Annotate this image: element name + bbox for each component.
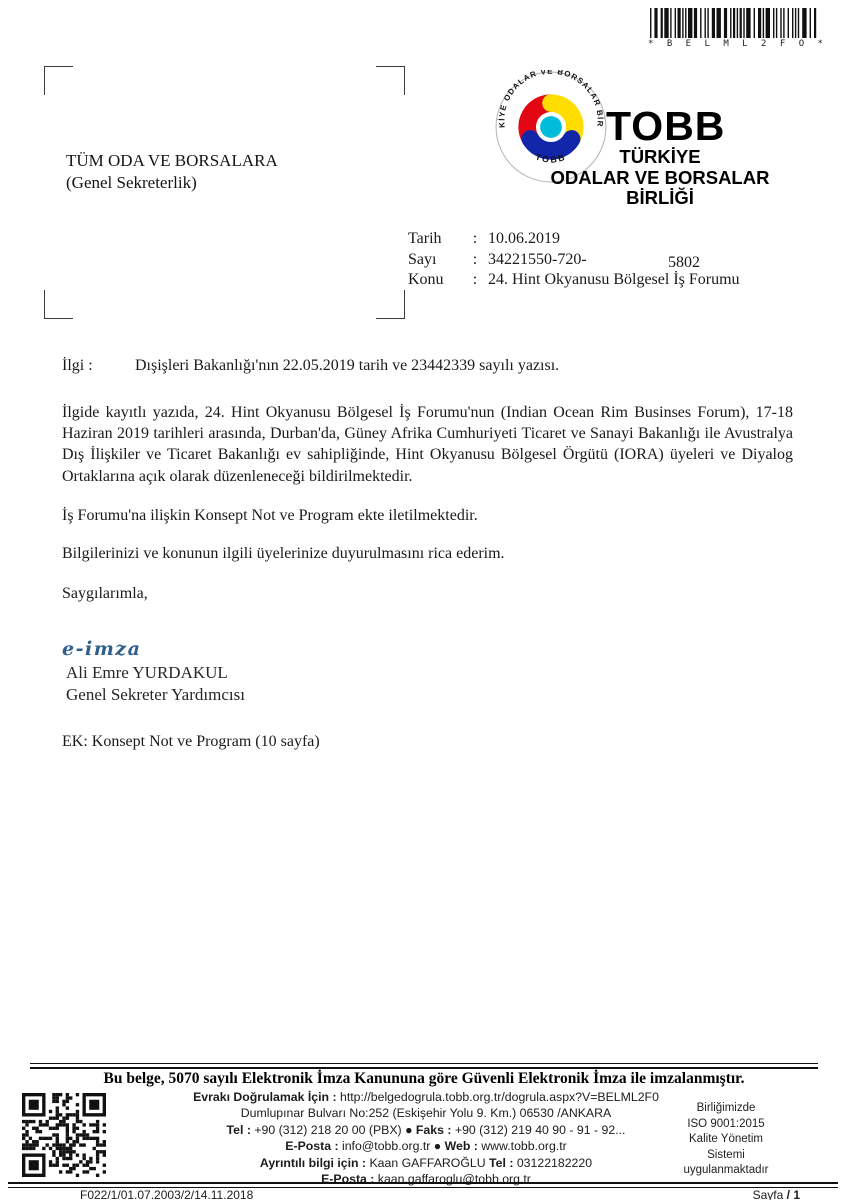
- iso-line: Sistemi: [656, 1148, 796, 1164]
- address-window-corner-top-left: [44, 66, 73, 95]
- barcode-label: * B E L M L 2 F O *: [648, 39, 820, 49]
- email-label: E-Posta :: [285, 1139, 338, 1153]
- meta-label: Sayı: [408, 250, 462, 271]
- address-window-corner-top-right: [376, 66, 405, 95]
- signer-title: Genel Sekreter Yardımcısı: [66, 685, 245, 705]
- iso-line: ISO 9001:2015: [656, 1117, 796, 1133]
- address-window-corner-bottom-left: [44, 290, 73, 319]
- verify-label: Evrakı Doğrulamak İçin :: [193, 1090, 337, 1104]
- document-page: * B E L M L 2 F O * TÜM ODA VE BORSALARA…: [0, 0, 844, 1200]
- e-signature-legal-notice: Bu belge, 5070 sayılı Elektronik İmza Ka…: [30, 1070, 818, 1088]
- meta-separator: :: [462, 229, 488, 250]
- iso-certification-block: Birliğimizde ISO 9001:2015 Kalite Yöneti…: [656, 1101, 796, 1179]
- tel-label: Tel :: [227, 1123, 251, 1137]
- org-line3: BİRLİĞİ: [530, 188, 790, 209]
- org-line2: ODALAR VE BORSALAR: [530, 168, 790, 189]
- verification-barcode: * B E L M L 2 F O *: [648, 8, 820, 49]
- iso-line: Birliğimizde: [656, 1101, 796, 1117]
- meta-value-number: 34221550-720-: [488, 250, 587, 271]
- qr-code: [22, 1093, 106, 1177]
- closing-salutation: Saygılarımla,: [62, 585, 148, 603]
- body-paragraph-3: Bilgilerinizi ve konunun ilgili üyelerin…: [62, 545, 505, 563]
- org-line1: TÜRKİYE: [530, 147, 790, 168]
- postal-address: Dumlupınar Bulvarı No:252 (Eskişehir Yol…: [241, 1106, 611, 1120]
- document-meta: Tarih : 10.06.2019 Sayı : 34221550-720- …: [408, 229, 740, 291]
- fax-value: +90 (312) 219 40 90 - 91 - 92...: [451, 1123, 625, 1137]
- email-value: info@tobb.org.tr: [339, 1139, 434, 1153]
- meta-separator: :: [462, 250, 488, 271]
- form-code: F022/1/01.07.2003/2/14.11.2018: [80, 1188, 253, 1200]
- verify-url: http://belgedogrula.tobb.org.tr/dogrula.…: [337, 1090, 659, 1104]
- org-name-block: TÜRKİYE ODALAR VE BORSALAR BİRLİĞİ: [530, 147, 790, 209]
- signer-name: Ali Emre YURDAKUL: [66, 663, 228, 683]
- e-signature-mark: e-imza: [62, 638, 141, 660]
- body-paragraph-2: İş Forumu'na ilişkin Konsept Not ve Prog…: [62, 507, 478, 525]
- barcode-image: [648, 8, 820, 38]
- address-window-corner-bottom-right: [376, 290, 405, 319]
- reference-text: Dışişleri Bakanlığı'nın 22.05.2019 tarih…: [135, 357, 559, 375]
- info-label: Ayrıntılı bilgi için :: [260, 1156, 366, 1170]
- footer-line-email-web: E-Posta : info@tobb.org.tr ● Web : www.t…: [120, 1138, 732, 1154]
- page-indicator: Sayfa / 1: [753, 1188, 800, 1200]
- web-label: ● Web :: [434, 1139, 478, 1153]
- body-paragraph-1: İlgide kayıtlı yazıda, 24. Hint Okyanusu…: [62, 402, 793, 487]
- iso-line: uygulanmaktadır: [656, 1163, 796, 1179]
- tel-value: +90 (312) 218 20 00 (PBX): [251, 1123, 405, 1137]
- meta-number-suffix: 5802: [668, 253, 700, 274]
- addressee-line2: (Genel Sekreterlik): [66, 172, 278, 194]
- page-label: Sayfa: [753, 1188, 784, 1200]
- brand-wordmark: TOBB: [606, 103, 786, 150]
- attachment-note: EK: Konsept Not ve Program (10 sayfa): [62, 733, 320, 751]
- contact-person: Kaan GAFFAROĞLU: [366, 1156, 489, 1170]
- reference-line: İlgi : Dışişleri Bakanlığı'nın 22.05.201…: [62, 357, 559, 375]
- footer-line-address: Dumlupınar Bulvarı No:252 (Eskişehir Yol…: [120, 1105, 732, 1121]
- iso-line: Kalite Yönetim: [656, 1132, 796, 1148]
- addressee-block: TÜM ODA VE BORSALARA (Genel Sekreterlik): [66, 150, 278, 194]
- footer-top-rule: [30, 1063, 818, 1069]
- reference-label: İlgi :: [62, 357, 135, 375]
- contact-tel-value: 03122182220: [513, 1156, 592, 1170]
- meta-value-subject: 24. Hint Okyanusu Bölgesel İş Forumu: [488, 270, 740, 291]
- web-value: www.tobb.org.tr: [478, 1139, 567, 1153]
- footer-line-verify: Evrakı Doğrulamak İçin : http://belgedog…: [120, 1089, 732, 1105]
- meta-label: Tarih: [408, 229, 462, 250]
- page-number: / 1: [787, 1188, 800, 1200]
- contact-tel-label: Tel :: [489, 1156, 513, 1170]
- addressee-line1: TÜM ODA VE BORSALARA: [66, 150, 278, 172]
- meta-separator: :: [462, 270, 488, 291]
- footer-line-contact-person: Ayrıntılı bilgi için : Kaan GAFFAROĞLU T…: [120, 1155, 732, 1171]
- meta-row-tarih: Tarih : 10.06.2019: [408, 229, 740, 250]
- meta-value-date: 10.06.2019: [488, 229, 560, 250]
- footer-contact-block: Evrakı Doğrulamak İçin : http://belgedog…: [120, 1089, 732, 1187]
- fax-label: ● Faks :: [405, 1123, 451, 1137]
- meta-label: Konu: [408, 270, 462, 291]
- footer-line-phone: Tel : +90 (312) 218 20 00 (PBX) ● Faks :…: [120, 1122, 732, 1138]
